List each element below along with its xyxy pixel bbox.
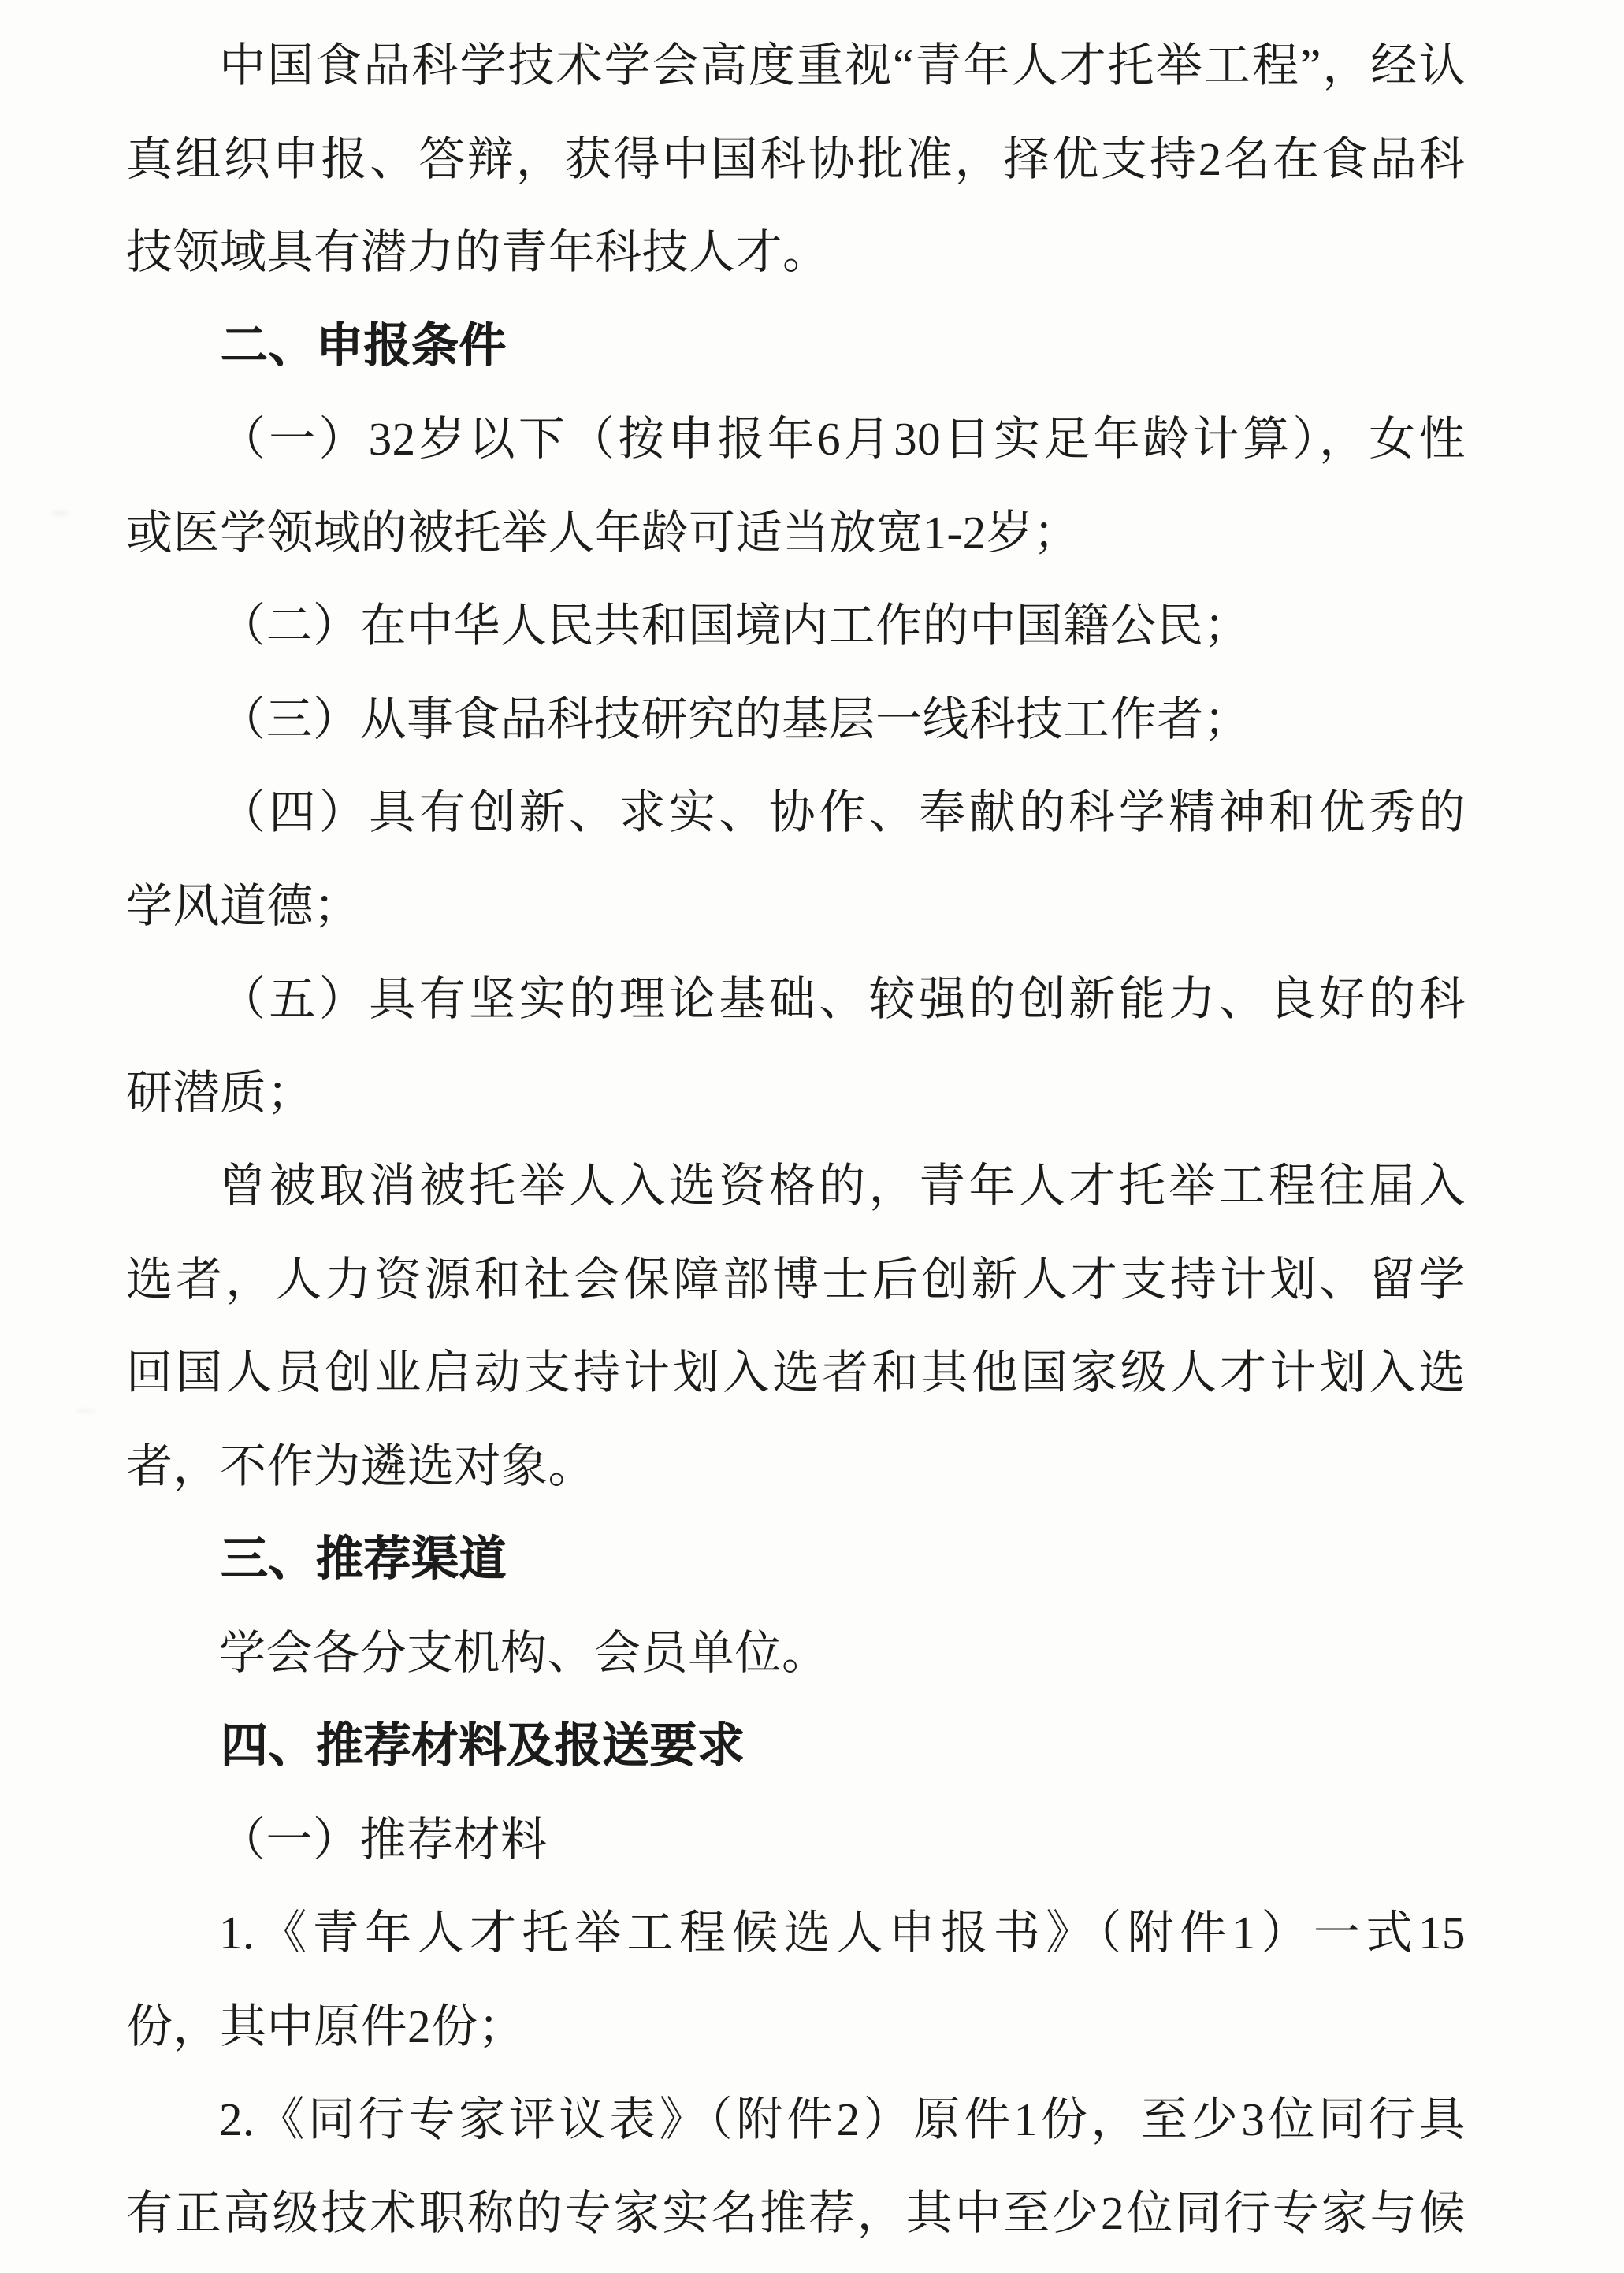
- text-line: （四）具有创新、求实、协作、奉献的科学精神和优秀的: [126, 766, 1466, 859]
- section-heading: 四、推荐材料及报送要求: [126, 1699, 1466, 1792]
- text-line: 技领域具有潜力的青年科技人才。: [126, 206, 1466, 299]
- text-line: 2.《同行专家评议表》（附件2）原件1份，至少3位同行具: [126, 2073, 1466, 2166]
- text-line: 或医学领域的被托举人年龄可适当放宽1-2岁；: [126, 486, 1466, 579]
- text-line: （一）32岁以下（按申报年6月30日实足年龄计算），女性: [126, 392, 1466, 485]
- text-line: 者，不作为遴选对象。: [126, 1420, 1466, 1513]
- scan-artifact: [52, 511, 68, 516]
- section-heading: 三、推荐渠道: [126, 1513, 1466, 1606]
- text-line: 研潜质；: [126, 1046, 1466, 1139]
- text-line: 选者，人力资源和社会保障部博士后创新人才支持计划、留学: [126, 1233, 1466, 1326]
- text-line: 中国食品科学技术学会高度重视“青年人才托举工程”，经认: [126, 19, 1466, 112]
- section-heading: 二、申报条件: [126, 299, 1466, 392]
- text-line: （一）推荐材料: [126, 1793, 1466, 1886]
- text-line: 真组织申报、答辩，获得中国科协批准，择优支持2名在食品科: [126, 113, 1466, 206]
- text-line: （二）在中华人民共和国境内工作的中国籍公民；: [126, 579, 1466, 672]
- document-text-block: 中国食品科学技术学会高度重视“青年人才托举工程”，经认真组织申报、答辩，获得中国…: [126, 0, 1466, 2273]
- text-line: 份，其中原件2份；: [126, 1980, 1466, 2073]
- text-line: 曾被取消被托举人入选资格的，青年人才托举工程往届入: [126, 1139, 1466, 1232]
- scan-artifact: [76, 1409, 96, 1413]
- text-line: （三）从事食品科技研究的基层一线科技工作者；: [126, 673, 1466, 766]
- text-line: （五）具有坚实的理论基础、较强的创新能力、良好的科: [126, 953, 1466, 1046]
- text-line: 1.《青年人才托举工程候选人申报书》（附件1）一式15: [126, 1886, 1466, 1979]
- text-line: 回国人员创业启动支持计划入选者和其他国家级人才计划入选: [126, 1326, 1466, 1419]
- document-page: 中国食品科学技术学会高度重视“青年人才托举工程”，经认真组织申报、答辩，获得中国…: [0, 0, 1624, 2273]
- text-line: 有正高级技术职称的专家实名推荐，其中至少2位同行专家与候: [126, 2167, 1466, 2260]
- text-line: 学会各分支机构、会员单位。: [126, 1606, 1466, 1699]
- text-line: 学风道德；: [126, 860, 1466, 953]
